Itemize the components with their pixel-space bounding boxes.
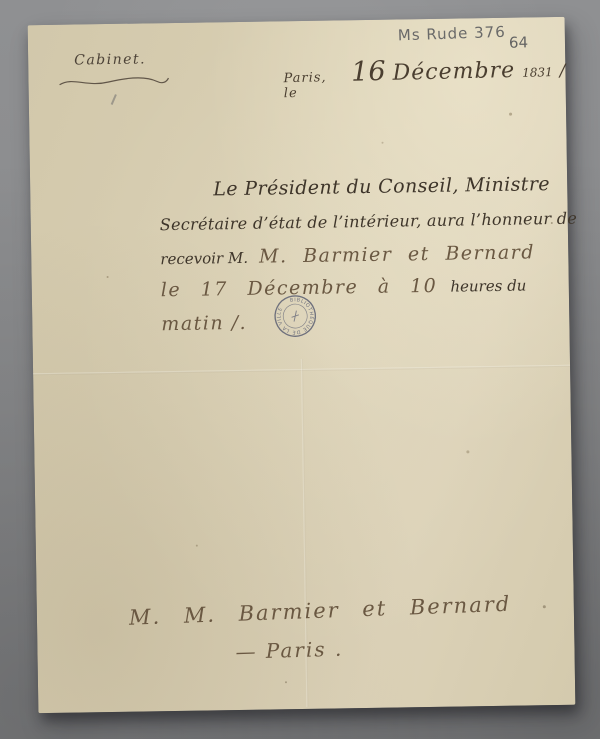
letter-paper: Ms Rude 376 64 Cabinet. Paris, le 16 Déc…	[28, 17, 576, 713]
date-line: Paris, le 16 Décembre 1831 /	[283, 52, 566, 101]
date-prefix: Paris, le	[283, 70, 345, 101]
foxing-speck	[285, 681, 287, 683]
date-month: Décembre	[392, 58, 515, 86]
pencil-folio-number: 64	[509, 33, 528, 51]
foxing-speck	[107, 276, 109, 278]
body-line-3-handwritten: M. Barmier et Bernard	[259, 241, 535, 267]
pencil-catalog-note: Ms Rude 376	[398, 23, 506, 45]
foxing-speck	[466, 450, 469, 453]
foxing-speck	[382, 142, 384, 144]
photo-backdrop: Ms Rude 376 64 Cabinet. Paris, le 16 Déc…	[0, 0, 600, 739]
foxing-speck	[543, 605, 546, 608]
stamp-center-emblem	[290, 310, 300, 322]
body-line-4: le 17 Décembre à 10 heures du	[161, 273, 527, 301]
body-line-2: Secrétaire d’état de l’intérieur, aura l…	[160, 209, 578, 235]
foxing-speck	[509, 113, 512, 116]
body-line-4-printed: heures du	[450, 276, 526, 295]
body-line-1: Le Président du Conseil, Ministre	[213, 173, 550, 200]
foxing-speck	[196, 545, 198, 547]
date-day: 16	[351, 56, 386, 88]
date-year: 1831	[522, 65, 553, 80]
body-line-5: matin /.	[161, 312, 247, 335]
office-label: Cabinet.	[74, 51, 146, 68]
body-line-3: recevoir M. M. Barmier et Bernard	[160, 241, 535, 269]
address-line-1: M. M. Barmier et Bernard	[129, 592, 512, 630]
pencil-tick-mark	[111, 94, 117, 105]
address-line-2: — Paris .	[235, 637, 343, 664]
body-line-3-printed: recevoir M.	[160, 249, 248, 268]
flourish-underline	[56, 73, 171, 91]
date-slash: /	[559, 61, 565, 81]
